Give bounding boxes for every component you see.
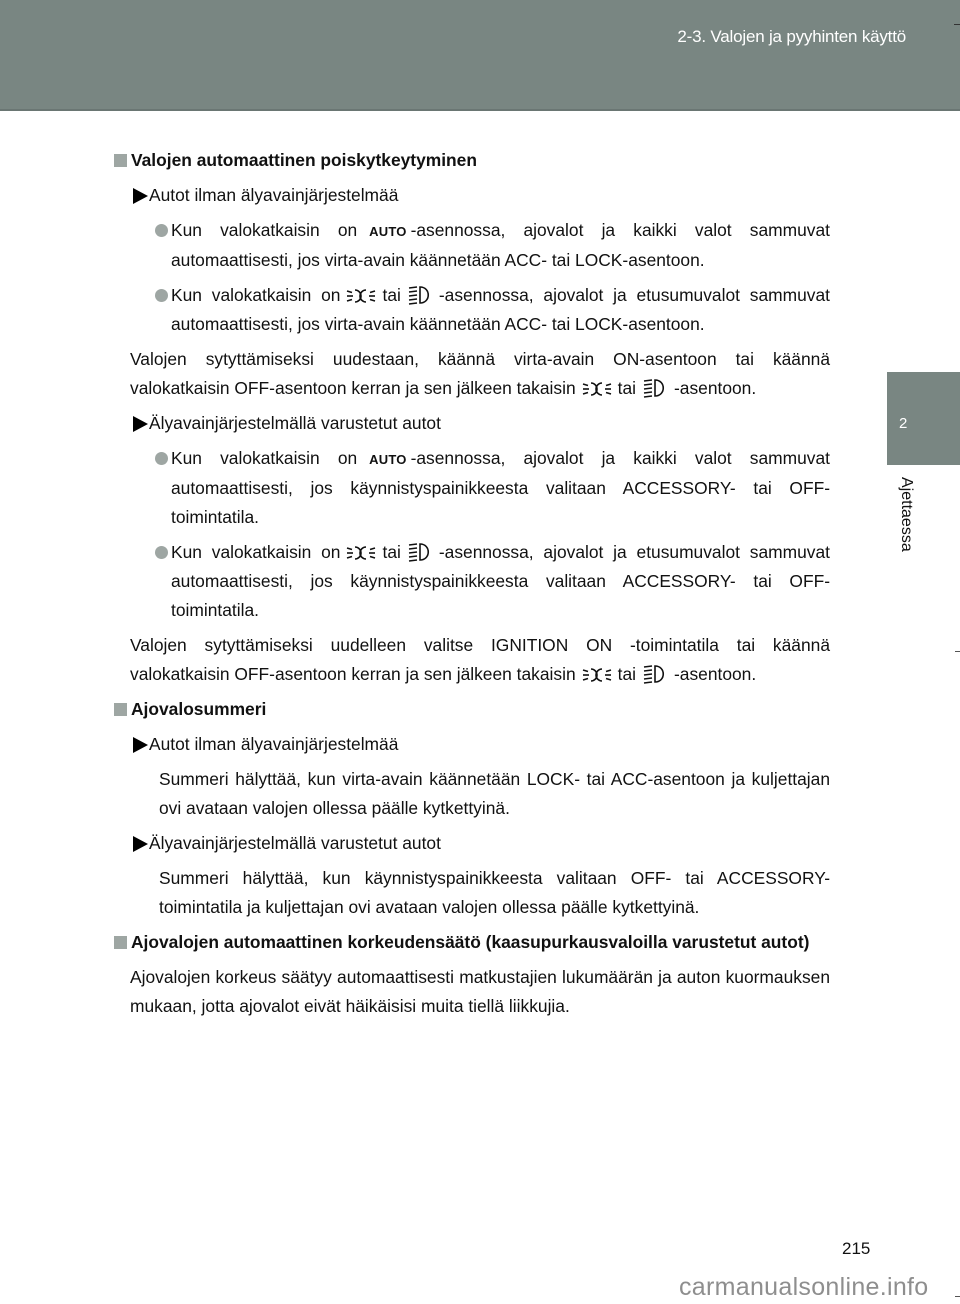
chapter-tab: 2 <box>887 372 960 465</box>
triangle-arrow-icon <box>133 836 148 852</box>
auto-light-icon: AUTO <box>369 217 406 246</box>
paragraph: Valojen sytyttämiseksi uudestaan, käännä… <box>130 345 830 403</box>
heading-auto-off: Valojen automaattinen poiskytkeytyminen <box>114 146 830 175</box>
triangle-arrow-icon <box>133 416 148 432</box>
headlight-icon <box>642 378 668 398</box>
crop-mark <box>955 1296 960 1297</box>
circle-bullet-icon <box>155 546 168 559</box>
circle-bullet-icon <box>155 452 168 465</box>
chapter-label: Ajettaessa <box>897 477 915 552</box>
paragraph: Valojen sytyttämiseksi uudelleen valitse… <box>130 631 830 689</box>
list-item: Kun valokatkaisin onAUTO-asennossa, ajov… <box>155 444 830 532</box>
page-header: 2-3. Valojen ja pyyhinten käyttö <box>0 0 960 111</box>
list-item: Kun valokatkaisin onAUTO-asennossa, ajov… <box>155 216 830 275</box>
parking-light-icon <box>346 544 376 562</box>
heading-leveling: Ajovalojen automaattinen korkeudensäätö … <box>114 928 830 957</box>
subheading: Älyavainjärjestelmällä varustetut autot <box>133 409 830 438</box>
list-item: Kun valokatkaisin ontai-asennossa, ajova… <box>155 538 830 625</box>
page-content: Valojen automaattinen poiskytkeytyminen … <box>114 146 830 1027</box>
paragraph: Summeri hälyttää, kun virta-avain käänne… <box>159 765 830 823</box>
headlight-icon <box>407 542 433 562</box>
page-number: 215 <box>842 1239 870 1259</box>
auto-light-icon: AUTO <box>369 445 406 474</box>
heading-buzzer: Ajovalosummeri <box>114 695 830 724</box>
circle-bullet-icon <box>155 289 168 302</box>
subheading: Autot ilman älyavainjärjestelmää <box>133 181 830 210</box>
square-bullet-icon <box>114 936 127 949</box>
crop-mark <box>955 651 960 652</box>
headlight-icon <box>407 285 433 305</box>
subheading: Älyavainjärjestelmällä varustetut autot <box>133 829 830 858</box>
headlight-icon <box>642 664 668 684</box>
triangle-arrow-icon <box>133 188 148 204</box>
crop-mark <box>954 24 960 25</box>
watermark: carmanualsonline.info <box>679 1273 929 1302</box>
circle-bullet-icon <box>155 224 168 237</box>
parking-light-icon <box>582 666 612 684</box>
subheading: Autot ilman älyavainjärjestelmää <box>133 730 830 759</box>
list-item: Kun valokatkaisin ontai-asennossa, ajova… <box>155 281 830 339</box>
paragraph: Ajovalojen korkeus säätyy automaattisest… <box>130 963 830 1021</box>
square-bullet-icon <box>114 154 127 167</box>
paragraph: Summeri hälyttää, kun käynnistyspainikke… <box>159 864 830 922</box>
section-title: 2-3. Valojen ja pyyhinten käyttö <box>677 27 906 47</box>
parking-light-icon <box>582 380 612 398</box>
square-bullet-icon <box>114 703 127 716</box>
triangle-arrow-icon <box>133 737 148 753</box>
chapter-number: 2 <box>899 415 907 432</box>
parking-light-icon <box>346 287 376 305</box>
